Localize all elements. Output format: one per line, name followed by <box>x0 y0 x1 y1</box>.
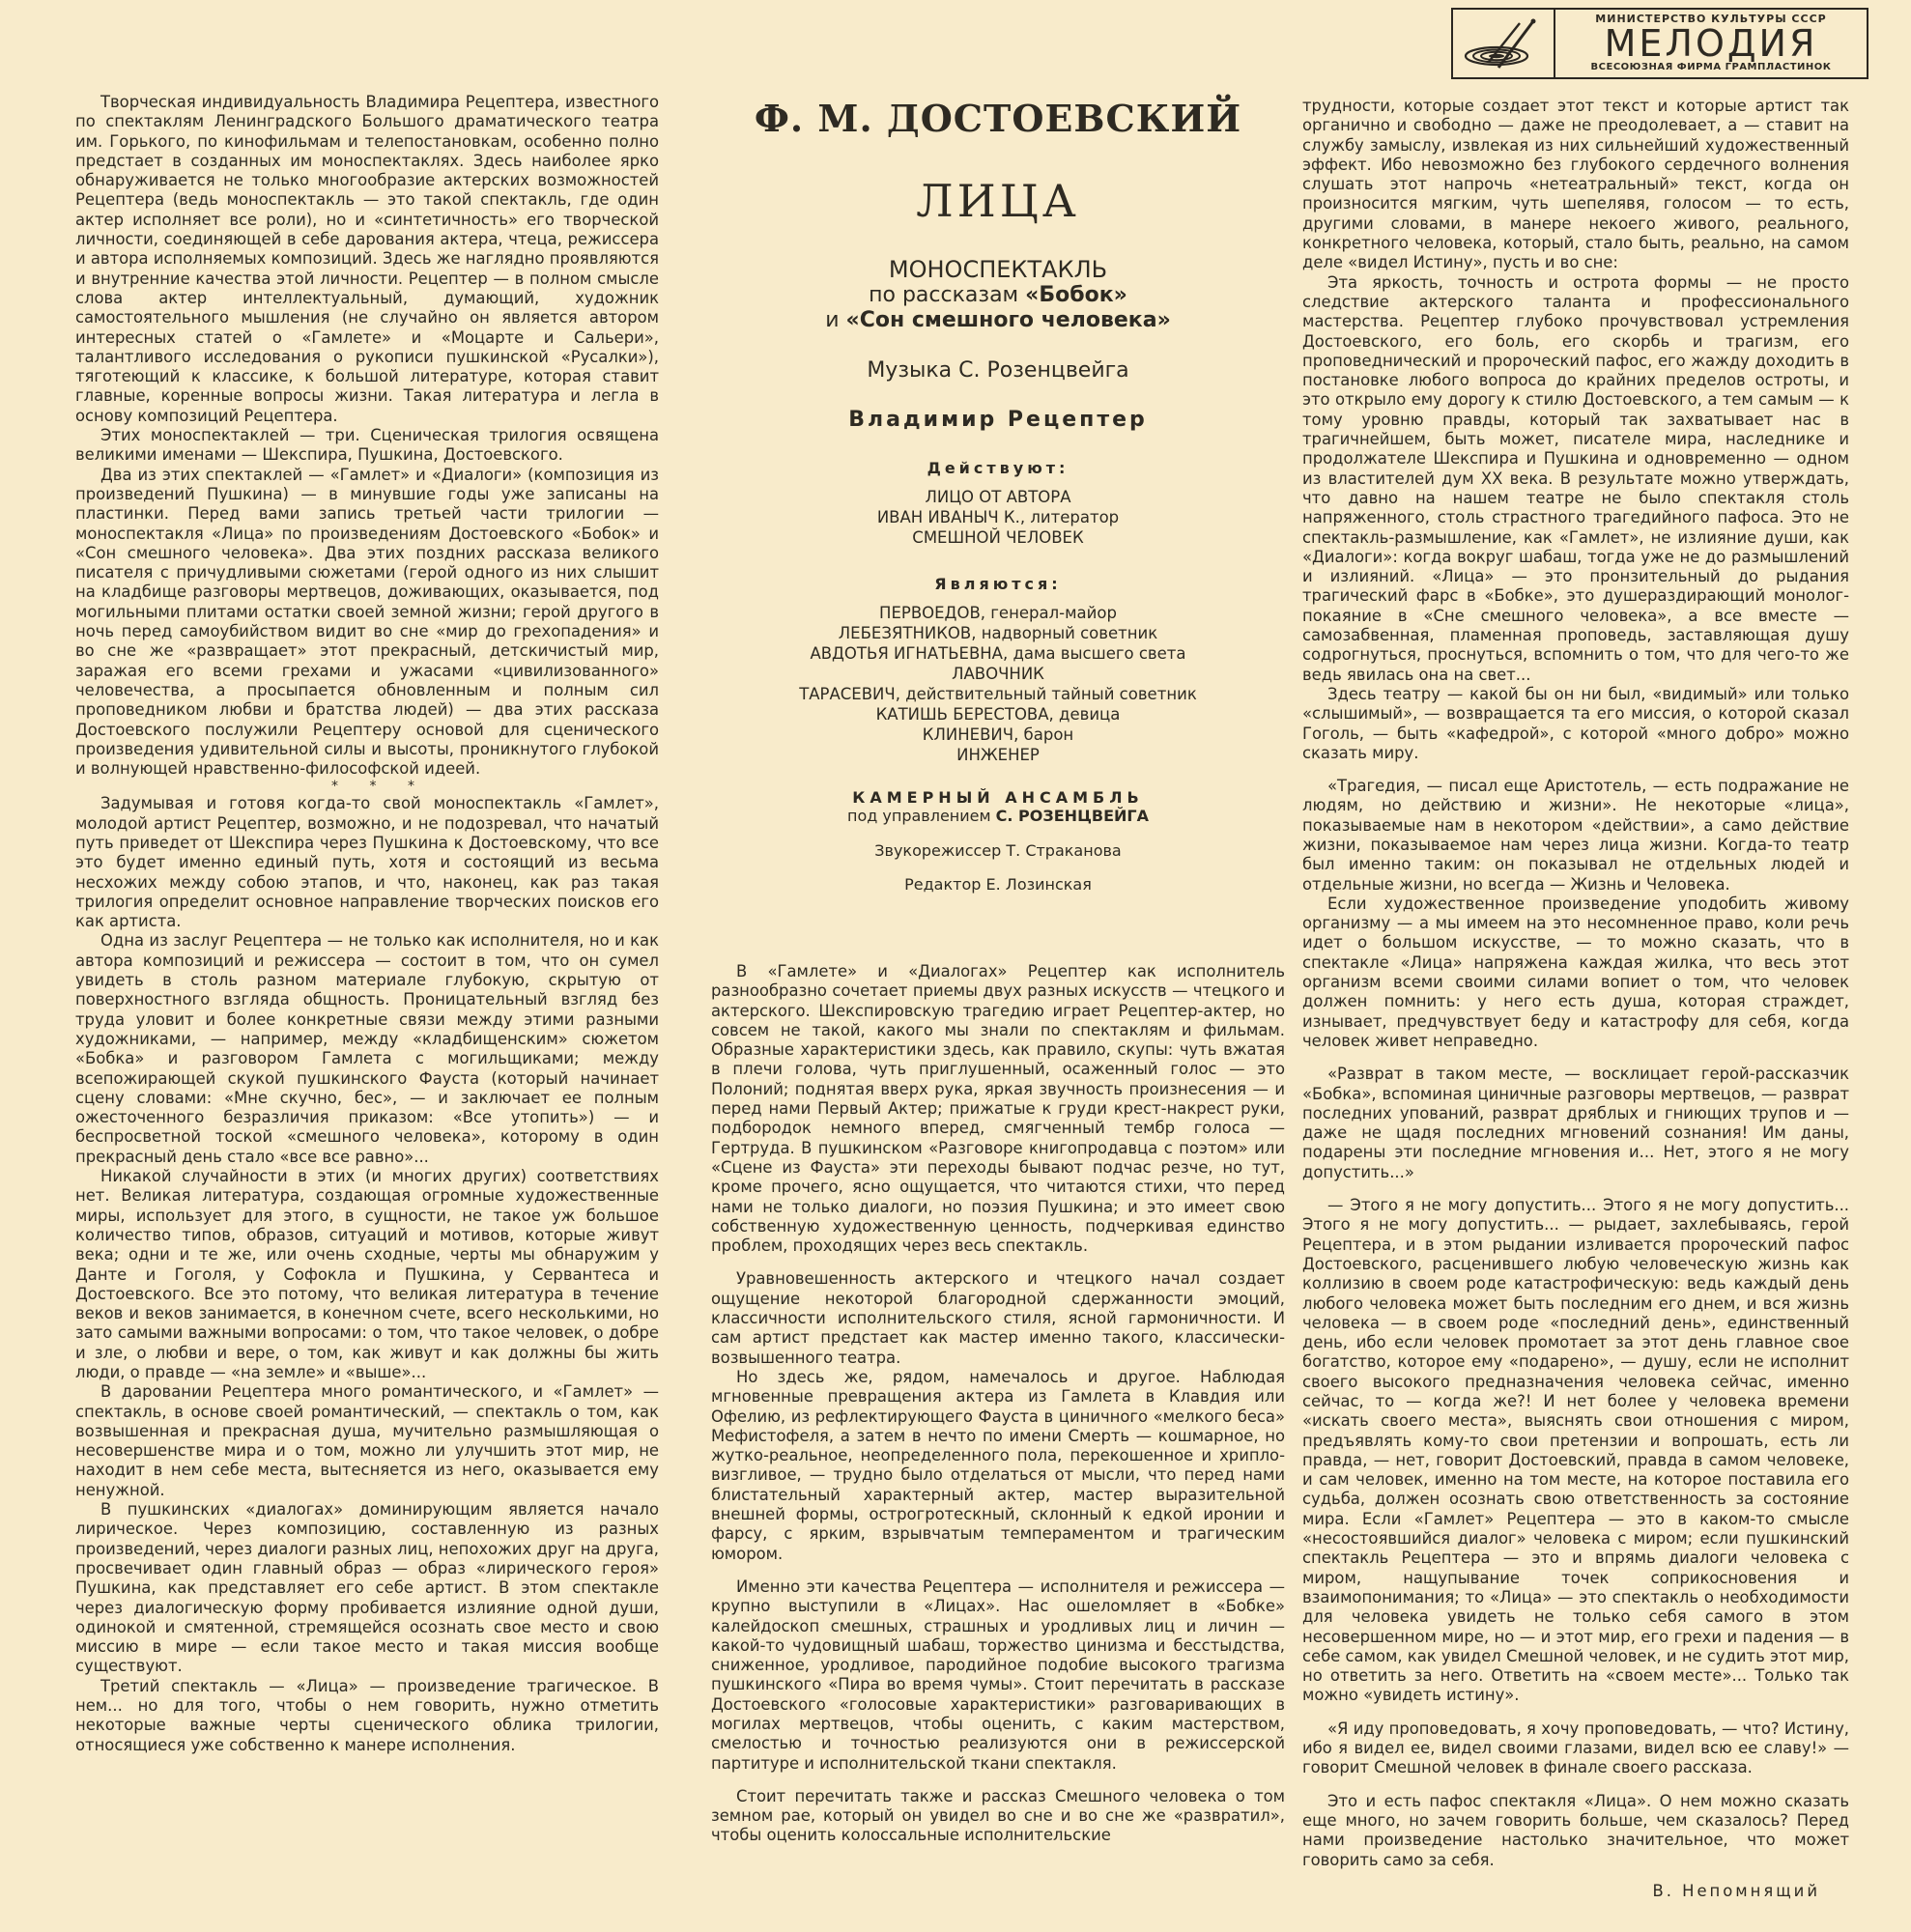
signature: В. Непомнящий <box>1302 1882 1849 1901</box>
cast-item: КЛИНЕВИЧ, барон <box>711 724 1285 745</box>
music-credit: Музыка С. Розенцвейга <box>711 358 1285 383</box>
melodiya-logo: МИНИСТЕРСТВО КУЛЬТУРЫ СССР МЕЛОДИЯ ВСЕСО… <box>1451 8 1868 79</box>
paragraph: Но здесь же, рядом, намечалось и другое.… <box>711 1368 1285 1564</box>
left-column: Творческая индивидуальность Владимира Ре… <box>75 93 659 1755</box>
conductor-name: С. РОЗЕНЦВЕЙГА <box>996 807 1149 825</box>
cast-item: СМЕШНОЙ ЧЕЛОВЕК <box>711 527 1285 548</box>
paragraph: Одна из заслуг Рецептера — не только как… <box>75 931 659 1167</box>
subtitle-line-2: и «Сон смешного человека» <box>711 308 1285 333</box>
paragraph: Эта яркость, точность и острота формы — … <box>1302 273 1849 685</box>
cast-item: ЛЕБЕЗЯТНИКОВ, надворный советник <box>711 623 1285 643</box>
acting-list: ЛИЦО ОТ АВТОРА ИВАН ИВАНЫЧ К., литератор… <box>711 487 1285 548</box>
paragraph: В пушкинских «диалогах» доминирующим явл… <box>75 1500 659 1677</box>
melodiya-record-icon <box>1453 10 1555 77</box>
story-bobok: «Бобок» <box>1025 283 1127 307</box>
cast-item: АВДОТЬЯ ИГНАТЬЕВНА, дама высшего света <box>711 643 1285 664</box>
subtitle-join: и <box>825 308 845 332</box>
logo-brand: МЕЛОДИЯ <box>1555 25 1867 62</box>
paragraph: «Разврат в таком месте, — восклицает гер… <box>1302 1065 1849 1182</box>
paragraph: — Этого я не могу допустить... Этого я н… <box>1302 1196 1849 1706</box>
paragraph: Творческая индивидуальность Владимира Ре… <box>75 93 659 426</box>
cast-item: ТАРАСЕВИЧ, действительный тайный советни… <box>711 684 1285 704</box>
ensemble: КАМЕРНЫЙ АНСАМБЛЬ <box>711 788 1285 807</box>
appearing-list: ПЕРВОЕДОВ, генерал-майор ЛЕБЕЗЯТНИКОВ, н… <box>711 603 1285 765</box>
paragraph: Задумывая и готовя когда-то свой моноспе… <box>75 794 659 931</box>
acting-heading: Действуют: <box>711 459 1285 477</box>
subtitle-line-1: по рассказам «Бобок» <box>711 283 1285 308</box>
cast-item: ПЕРВОЕДОВ, генерал-майор <box>711 603 1285 623</box>
story-son: «Сон смешного человека» <box>845 308 1170 332</box>
middle-column: В «Гамлете» и «Диалогах» Рецептер как ис… <box>711 962 1285 1846</box>
cast-item: ИНЖЕНЕР <box>711 745 1285 765</box>
paragraph: трудности, которые создает этот текст и … <box>1302 97 1849 273</box>
paragraph: Никакой случайности в этих (и многих дру… <box>75 1167 659 1382</box>
title-block: Ф. М. ДОСТОЕВСКИЙ ЛИЦА МОНОСПЕКТАКЛЬ по … <box>711 93 1285 894</box>
paragraph: Если художественное произведение уподоби… <box>1302 895 1849 1051</box>
paragraph: Уравновешенность актерского и чтецкого н… <box>711 1269 1285 1367</box>
author-name: Ф. М. ДОСТОЕВСКИЙ <box>711 97 1285 140</box>
paragraph: Это и есть пафос спектакля «Лица». О нем… <box>1302 1792 1849 1870</box>
cast-item: ЛАВОЧНИК <box>711 664 1285 684</box>
paragraph: В «Гамлете» и «Диалогах» Рецептер как ис… <box>711 962 1285 1256</box>
conductor-prefix: под управлением <box>847 807 996 825</box>
paragraph: В даровании Рецептера много романтическо… <box>75 1382 659 1500</box>
work-title: ЛИЦА <box>711 175 1285 227</box>
right-column: трудности, которые создает этот текст и … <box>1302 97 1849 1901</box>
paragraph: Именно эти качества Рецептера — исполнит… <box>711 1577 1285 1774</box>
performer: Владимир Рецептер <box>711 408 1285 432</box>
conductor-line: под управлением С. РОЗЕНЦВЕЙГА <box>711 807 1285 826</box>
subtitle-prefix: по рассказам <box>869 283 1025 307</box>
paragraph: Стоит перечитать также и рассказ Смешног… <box>711 1787 1285 1846</box>
paragraph: Здесь театру — какой бы он ни был, «види… <box>1302 685 1849 763</box>
cast-item: КАТИШЬ БЕРЕСТОВА, девица <box>711 704 1285 724</box>
editor: Редактор Е. Лозинская <box>711 875 1285 894</box>
paragraph: «Трагедия, — писал еще Аристотель, — ест… <box>1302 777 1849 895</box>
genre: МОНОСПЕКТАКЛЬ <box>711 256 1285 283</box>
paragraph: Два из этих спектаклей — «Гамлет» и «Диа… <box>75 466 659 780</box>
sound-engineer: Звукорежиссер Т. Страканова <box>711 841 1285 860</box>
section-separator: * * * <box>75 779 659 794</box>
paragraph: Этих моноспектаклей — три. Сценическая т… <box>75 426 659 466</box>
cast-item: ЛИЦО ОТ АВТОРА <box>711 487 1285 507</box>
cast-item: ИВАН ИВАНЫЧ К., литератор <box>711 507 1285 527</box>
logo-firm: ВСЕСОЮЗНАЯ ФИРМА ГРАМПЛАСТИНОК <box>1555 62 1867 72</box>
paragraph: «Я иду проповедовать, я хочу проповедова… <box>1302 1719 1849 1778</box>
paragraph: Третий спектакль — «Лица» — произведение… <box>75 1677 659 1755</box>
appearing-heading: Являются: <box>711 575 1285 593</box>
